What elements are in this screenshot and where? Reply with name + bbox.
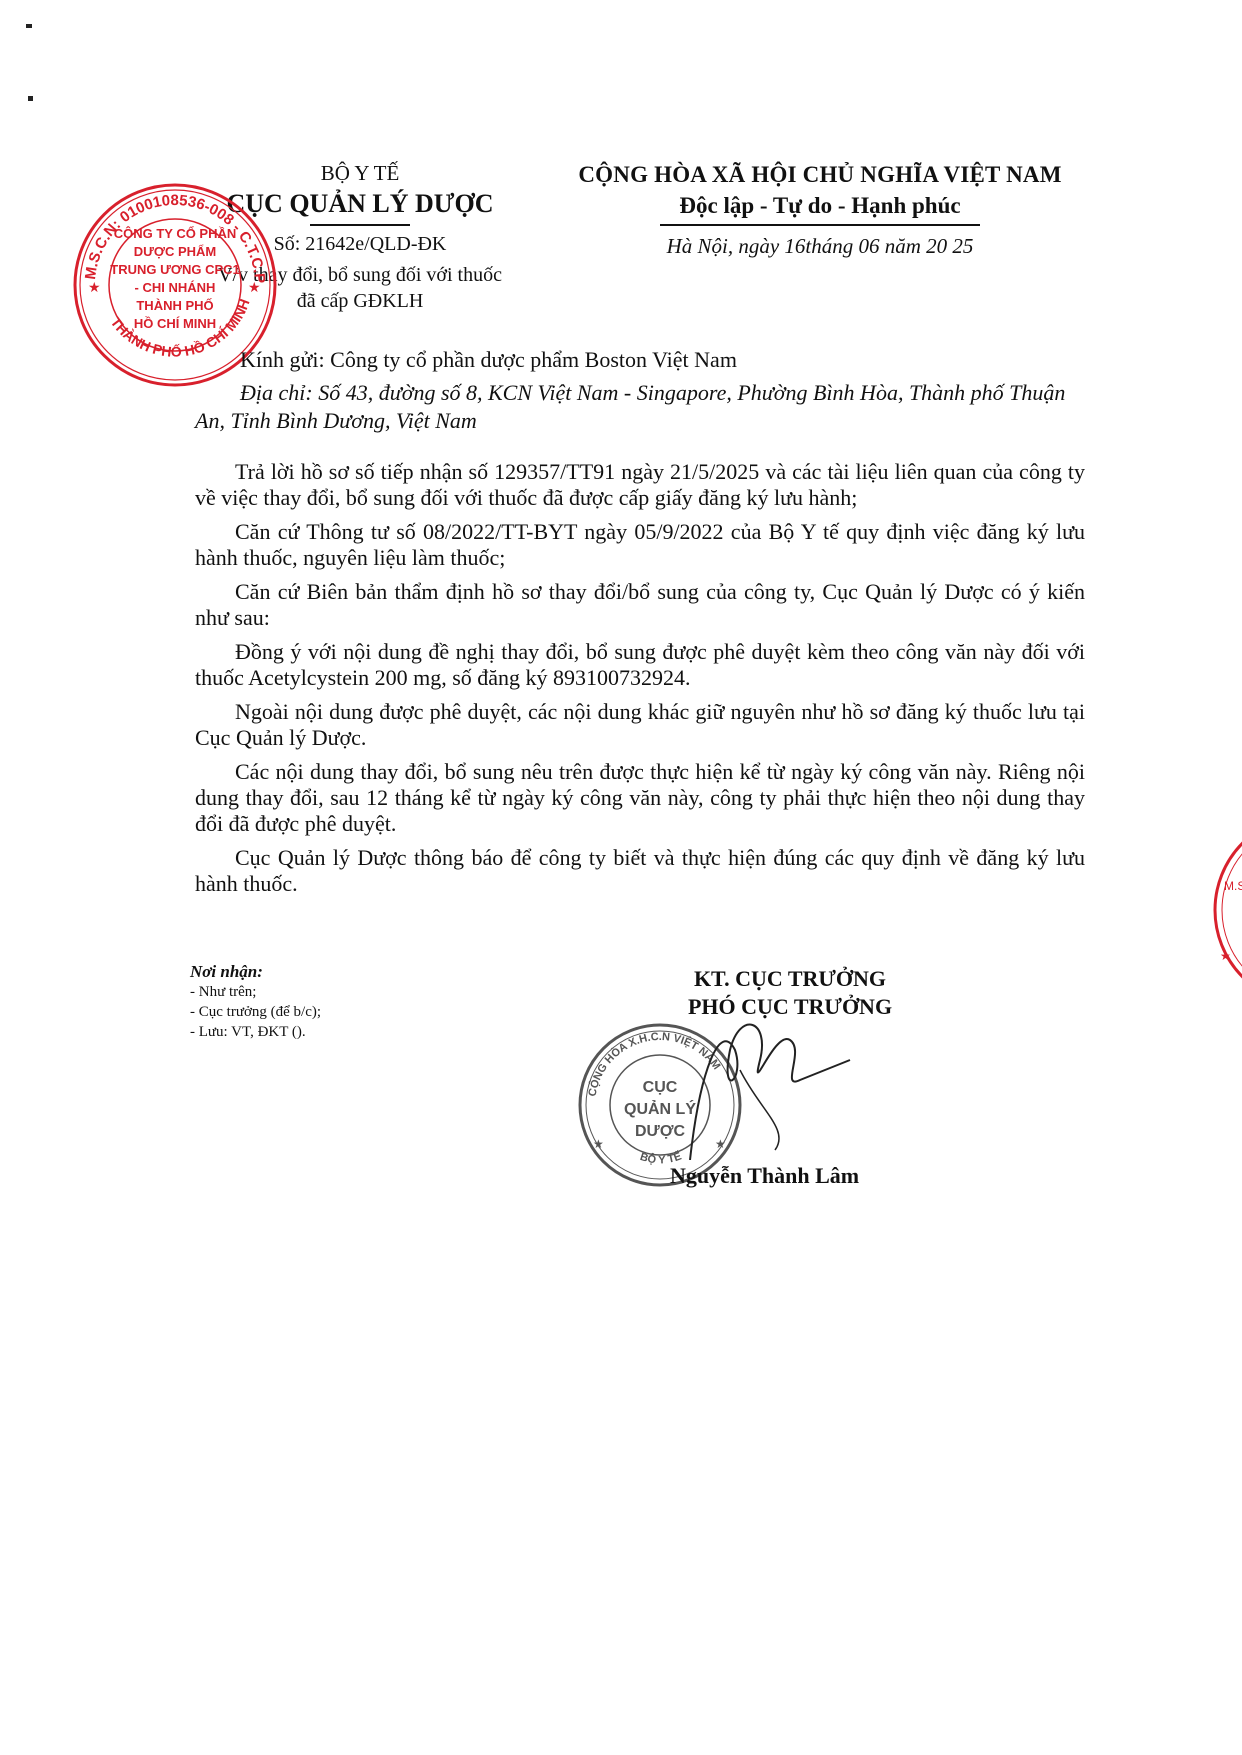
distribution-list: Nơi nhận: - Như trên; - Cục trưởng (để b… — [190, 962, 321, 1042]
svg-text:★: ★ — [248, 281, 261, 296]
header-rule — [310, 224, 410, 226]
nation-title: CỘNG HÒA XÃ HỘI CHỦ NGHĨA VIỆT NAM — [560, 160, 1080, 190]
svg-text:CỤC: CỤC — [643, 1079, 678, 1096]
svg-text:★: ★ — [88, 281, 101, 296]
body-paragraph: Ngoài nội dung được phê duyệt, các nội d… — [195, 699, 1085, 751]
svg-text:TRUNG ƯƠNG CPC1: TRUNG ƯƠNG CPC1 — [110, 262, 240, 277]
svg-text:★: ★ — [1220, 949, 1231, 963]
body-paragraph: Căn cứ Biên bản thẩm định hồ sơ thay đổi… — [195, 579, 1085, 631]
signer-name: Nguyễn Thành Lâm — [670, 1163, 859, 1189]
svg-text:- CHI NHÁNH: - CHI NHÁNH — [135, 280, 216, 295]
motto-rule — [660, 224, 980, 226]
partial-stamp-icon: M.S.C ★ — [1210, 810, 1242, 1010]
svg-text:DƯỢC PHẨM: DƯỢC PHẨM — [134, 244, 217, 259]
distribution-item: - Lưu: VT, ĐKT (). — [190, 1022, 321, 1042]
handwritten-signature-icon — [680, 1010, 860, 1160]
distribution-item: - Như trên; — [190, 982, 321, 1002]
svg-text:M.S.C: M.S.C — [1224, 879, 1242, 893]
scan-speck — [26, 24, 32, 28]
body-paragraph: Căn cứ Thông tư số 08/2022/TT-BYT ngày 0… — [195, 519, 1085, 571]
national-motto: Độc lập - Tự do - Hạnh phúc — [560, 190, 1080, 222]
body-paragraph: Cục Quản lý Dược thông báo để công ty bi… — [195, 845, 1085, 897]
signer-title-1: KT. CỤC TRƯỞNG — [640, 965, 940, 993]
dateline: Hà Nội, ngày 16tháng 06 năm 20 25 — [560, 232, 1080, 260]
svg-text:★: ★ — [593, 1137, 604, 1151]
distribution-title: Nơi nhận: — [190, 962, 321, 982]
svg-text:CÔNG TY CỔ PHẦN: CÔNG TY CỔ PHẦN — [114, 226, 237, 241]
svg-text:DƯỢC: DƯỢC — [635, 1123, 685, 1140]
national-header: CỘNG HÒA XÃ HỘI CHỦ NGHĨA VIỆT NAM Độc l… — [560, 160, 1080, 260]
distribution-item: - Cục trưởng (để b/c); — [190, 1002, 321, 1022]
svg-text:HỒ CHÍ MINH: HỒ CHÍ MINH — [134, 316, 216, 331]
body-paragraph: Các nội dung thay đổi, bổ sung nêu trên … — [195, 759, 1085, 837]
body-paragraph: Trả lời hồ sơ số tiếp nhận số 129357/TT9… — [195, 459, 1085, 511]
svg-text:THÀNH PHỐ: THÀNH PHỐ — [136, 298, 213, 313]
recipient-address: Địa chỉ: Số 43, đường số 8, KCN Việt Nam… — [195, 379, 1085, 435]
body-paragraph: Đồng ý với nội dung đề nghị thay đổi, bổ… — [195, 639, 1085, 691]
letter-body: Trả lời hồ sơ số tiếp nhận số 129357/TT9… — [195, 459, 1085, 905]
recipient-line: Kính gửi: Công ty cổ phần dược phẩm Bost… — [240, 346, 737, 374]
scan-speck — [28, 96, 33, 101]
